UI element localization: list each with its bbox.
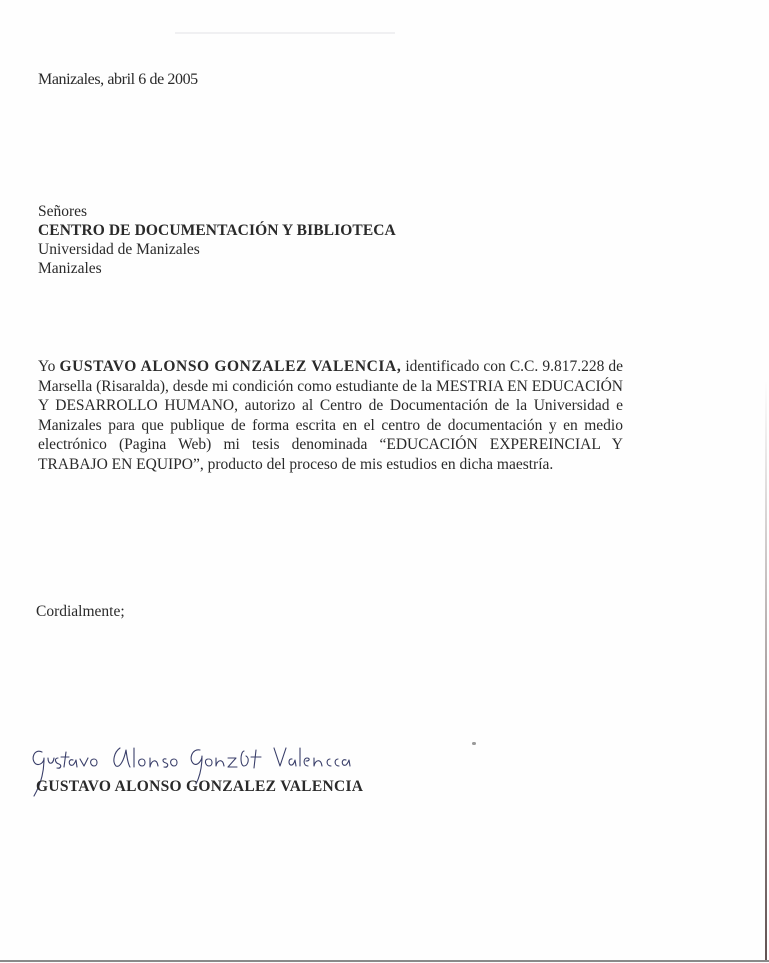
addressee-block: Señores CENTRO DE DOCUMENTACIÓN Y BIBLIO… [38, 202, 396, 278]
scan-bleed-through [175, 32, 395, 34]
organization-name: CENTRO DE DOCUMENTACIÓN Y BIBLIOTECA [38, 221, 396, 240]
date-line: Manizales, abril 6 de 2005 [38, 70, 198, 89]
institution-name: Universidad de Manizales [38, 240, 396, 259]
author-name: GUSTAVO ALONSO GONZALEZ VALENCIA, [59, 358, 401, 375]
body-paragraph: Yo GUSTAVO ALONSO GONZALEZ VALENCIA, ide… [38, 357, 623, 475]
scan-edge-bottom [0, 960, 769, 962]
closing: Cordialmente; [36, 602, 125, 621]
city-name: Manizales [38, 259, 396, 278]
signer-name: GUSTAVO ALONSO GONZALEZ VALENCIA [36, 777, 363, 796]
body-text: identificado con C.C. 9.817.228 de Marse… [38, 358, 623, 473]
scan-edge-right [765, 380, 767, 960]
salutation: Señores [38, 202, 396, 221]
scanned-letter-page: Manizales, abril 6 de 2005 Señores CENTR… [0, 0, 769, 963]
body-intro: Yo [38, 358, 55, 375]
scan-speck [472, 742, 476, 745]
